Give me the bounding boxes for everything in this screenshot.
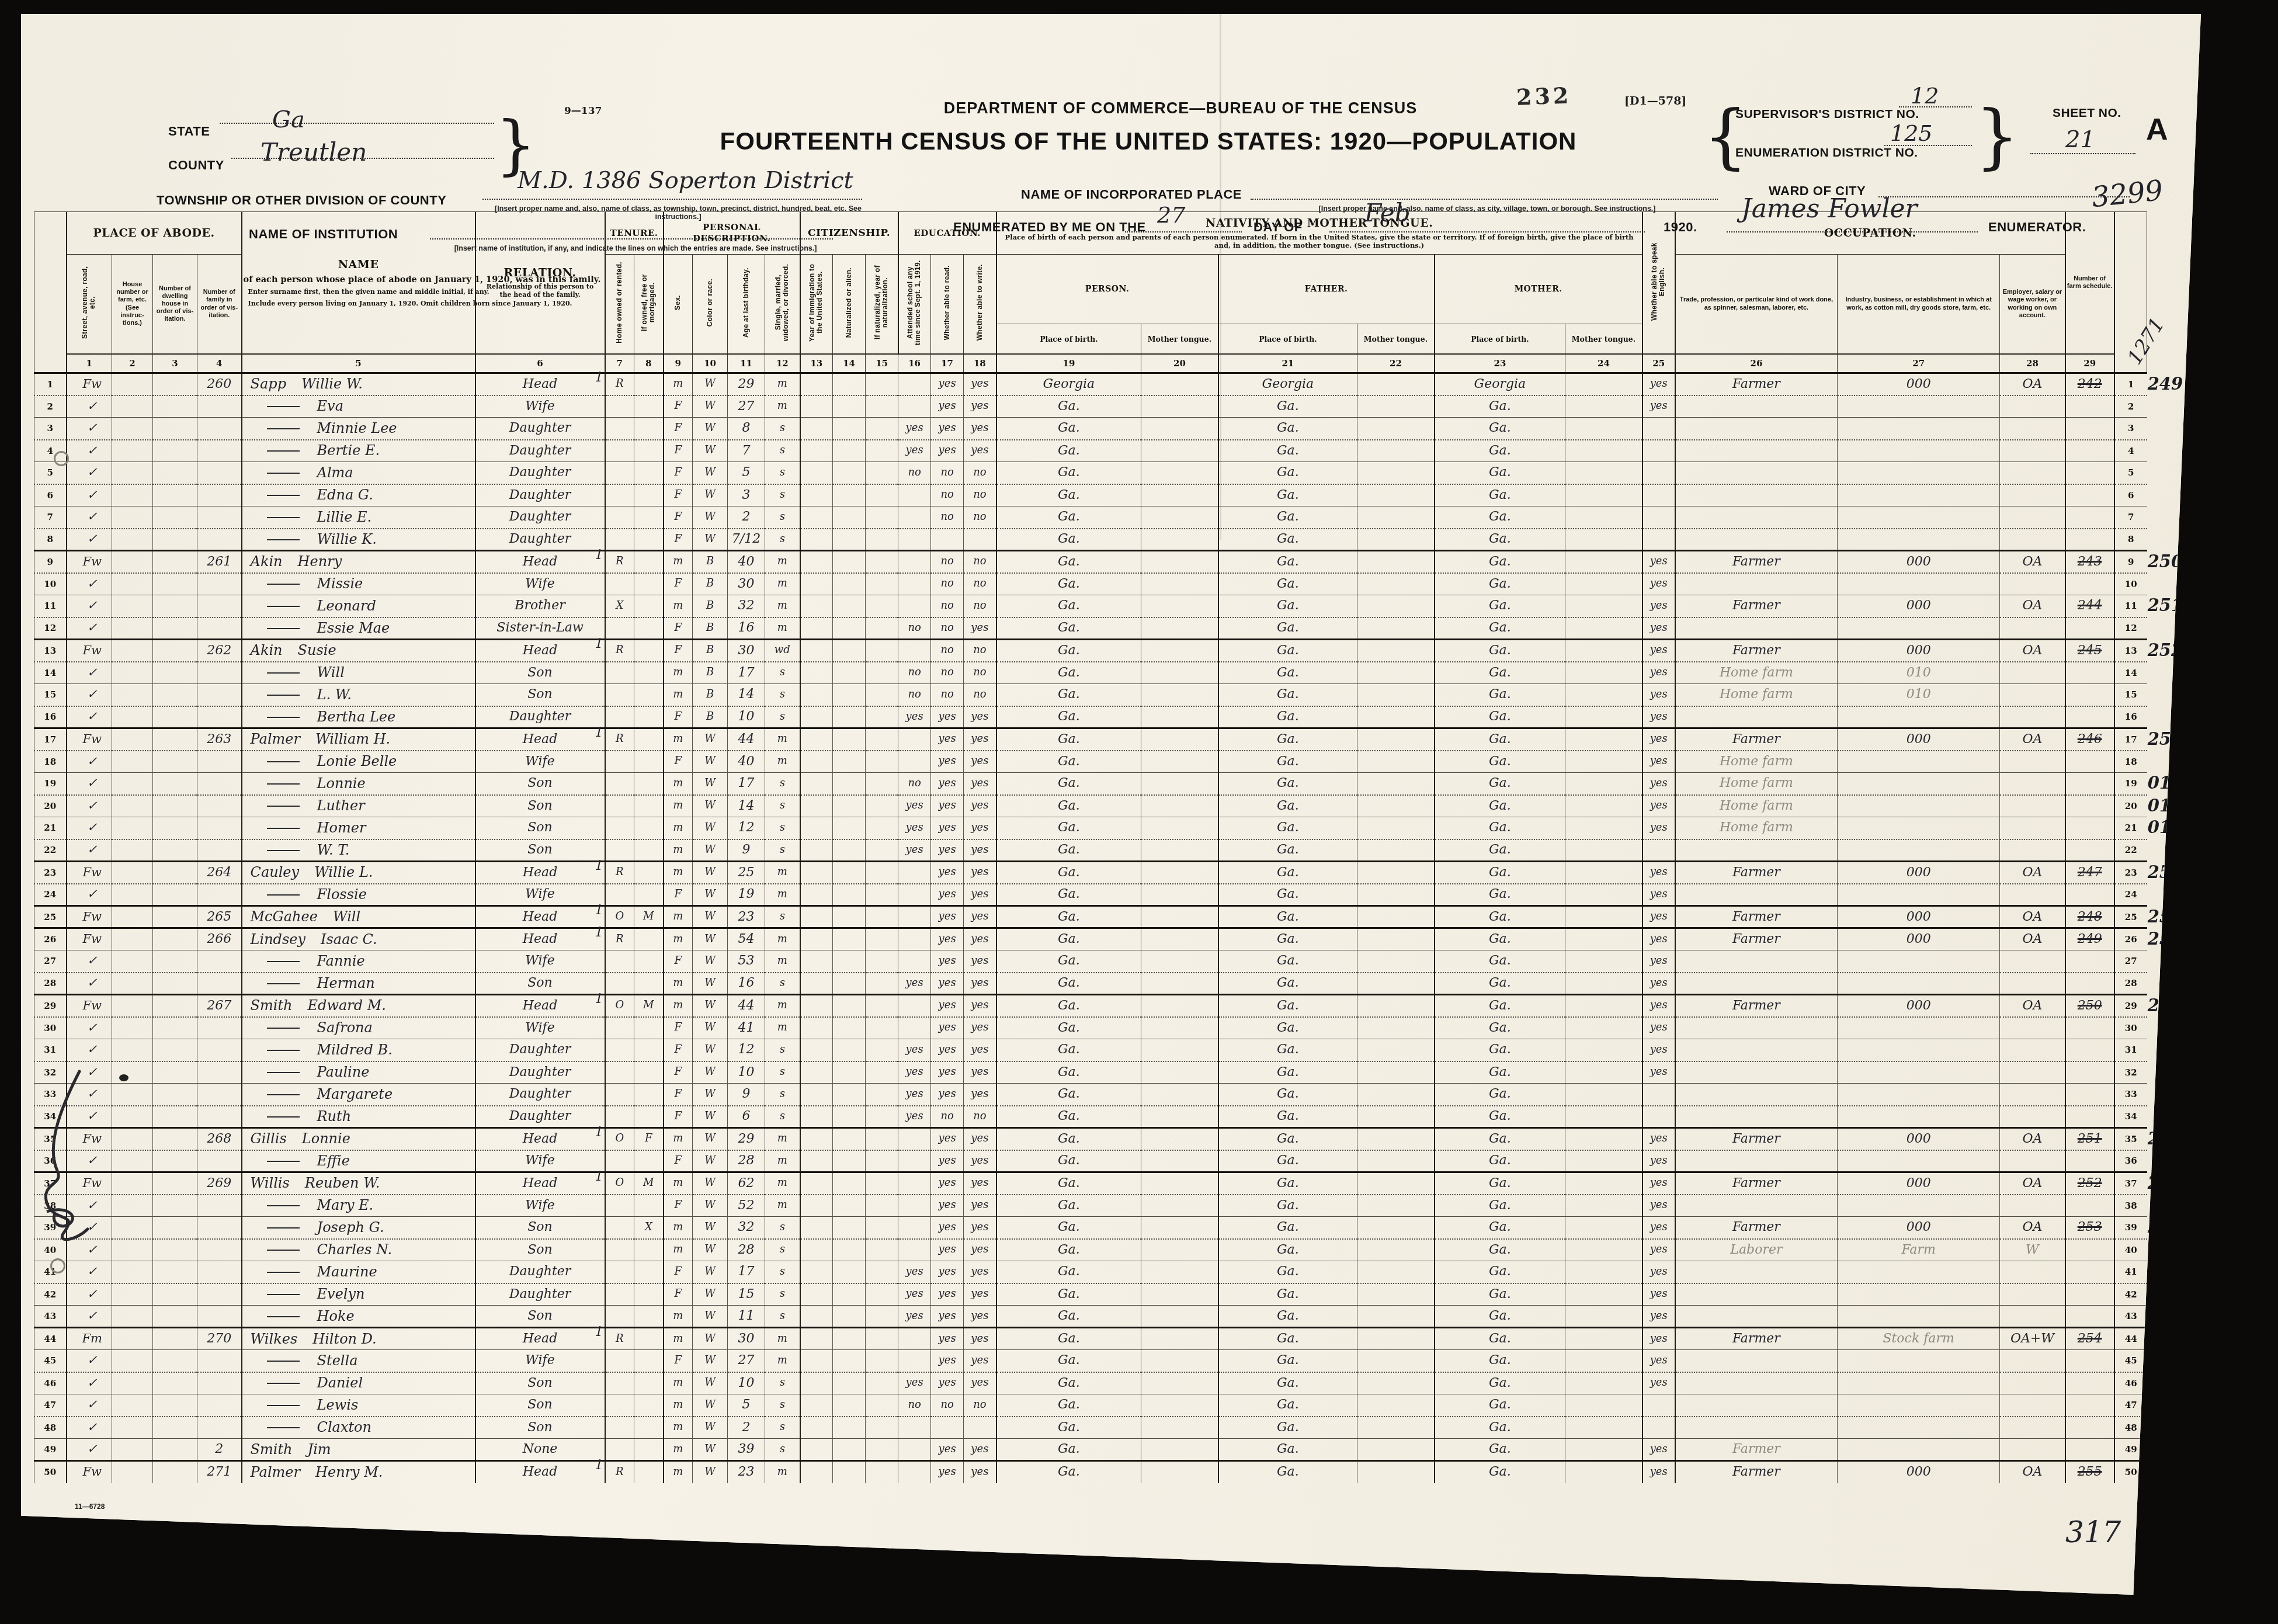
cell-c2: [112, 1195, 153, 1217]
ditto-mark: [267, 983, 300, 984]
relation-value: Son: [527, 687, 553, 702]
cell-f29: [2065, 529, 2114, 551]
cell-scol: [898, 640, 931, 662]
cell-occ: [1675, 418, 1838, 440]
cell-c7: [605, 395, 634, 418]
cell-eng: yes: [1642, 1328, 1675, 1350]
cell-pobm: Ga.: [1435, 795, 1565, 817]
cell-c3: [153, 1283, 197, 1306]
cell-emp: [2000, 884, 2065, 906]
cell-c2: [112, 817, 153, 839]
value-ind: 000: [1907, 732, 1931, 747]
cell-mar: s: [765, 973, 800, 995]
cell-c13: [800, 418, 833, 440]
cell-rd: yes: [931, 1350, 964, 1372]
value-scol: no: [908, 622, 921, 634]
cell-c7: [605, 1394, 634, 1417]
cell-c3: [153, 484, 197, 506]
header-naturalization-year: If naturalized, year of natural­ization.: [866, 255, 898, 355]
cell-name: Evelyn: [242, 1283, 475, 1306]
value-eng: yes: [1650, 933, 1668, 945]
cell-name: PalmerWilliam H.: [242, 728, 475, 751]
value-pob: Ga.: [1058, 1420, 1080, 1435]
cell-c13: [800, 395, 833, 418]
cell-emp: OA+W: [2000, 1328, 2065, 1350]
cell-c7: [605, 1283, 634, 1306]
column-number: 26: [1675, 354, 1838, 373]
value-eng: yes: [1650, 1199, 1668, 1211]
header-place-of-abode: PLACE OF ABODE.: [67, 212, 242, 255]
cell-age: 23: [728, 906, 765, 928]
sheet-letter: A: [2146, 112, 2168, 147]
farm-schedule-old: 255: [2078, 1465, 2102, 1479]
cell-c8: [634, 795, 664, 817]
cell-pobf: Ga.: [1218, 1350, 1357, 1372]
value-sex: F: [675, 1354, 682, 1366]
value-wr: yes: [971, 1066, 988, 1078]
cell-mar: s: [765, 1372, 800, 1394]
cell-race: W: [693, 1061, 728, 1084]
value-wr: yes: [971, 1021, 988, 1033]
cell-c8: [634, 1328, 664, 1350]
cell-pobf: Ga.: [1218, 1417, 1357, 1439]
cell-c7: R: [605, 640, 634, 662]
cell-c8: [634, 617, 664, 640]
cell-f29: [2065, 751, 2114, 773]
cell-name: Claxton: [242, 1417, 475, 1439]
cell-race: W: [693, 484, 728, 506]
cell-eng: yes: [1642, 1195, 1675, 1217]
value-pobm: Ga.: [1489, 488, 1511, 502]
line-number-left: 22: [34, 839, 67, 862]
cell-c2: [112, 950, 153, 973]
value-mar: s: [780, 422, 785, 434]
cell-c13: [800, 1128, 833, 1150]
line-number-right: 18: [2114, 751, 2147, 773]
value-race: W: [704, 400, 716, 412]
value-pobf: Ga.: [1277, 709, 1299, 724]
value-mar: m: [777, 1132, 787, 1144]
cell-race: W: [693, 1350, 728, 1372]
cell-c8: [634, 950, 664, 973]
farm-schedule-old: 252: [2078, 1176, 2102, 1191]
cell-c7: O: [605, 1128, 634, 1150]
cell-c15: [866, 1417, 898, 1439]
ditto-mark: [267, 450, 300, 452]
line-number-right: 32: [2114, 1061, 2147, 1084]
cell-emp: [2000, 1017, 2065, 1039]
value-mar: s: [780, 1066, 785, 1078]
cell-wr: yes: [964, 728, 996, 751]
column-number: 1: [67, 354, 112, 373]
cell-occ: [1675, 1084, 1838, 1106]
cell-age: 30: [728, 1328, 765, 1350]
value-eng: yes: [1650, 799, 1668, 811]
cell-mtf: [1357, 1128, 1435, 1150]
cell-occ: [1675, 1306, 1838, 1328]
cell-name: Lonnie: [242, 773, 475, 795]
value-rd: yes: [939, 710, 956, 723]
cell-name: Willie K.: [242, 529, 475, 551]
cell-race: W: [693, 1106, 728, 1128]
value-age: 28: [738, 1243, 755, 1257]
value-age: 6: [742, 1109, 751, 1123]
cell-pobf: Ga.: [1218, 640, 1357, 662]
cell-mtf: [1357, 928, 1435, 950]
value-age: 5: [742, 1397, 751, 1412]
value-mar: s: [780, 1110, 785, 1122]
value-eng: yes: [1650, 1132, 1668, 1144]
cell-c13: [800, 373, 833, 395]
cell-name: Alma: [242, 462, 475, 484]
cell-mt: [1141, 773, 1218, 795]
value-wr: yes: [971, 844, 988, 856]
cell-c1: ✓: [67, 529, 112, 551]
cell-pobf: Ga.: [1218, 1461, 1357, 1483]
value-age: 16: [738, 620, 755, 635]
value-age: 44: [738, 998, 755, 1013]
cell-pob: Ga.: [996, 617, 1141, 640]
relation-value: Sister-in-Law: [496, 620, 583, 635]
value-pobm: Ga.: [1489, 1331, 1511, 1346]
cell-c8: [634, 662, 664, 684]
cell-scol: [898, 1461, 931, 1483]
value-rd: no: [940, 688, 953, 700]
value-pobf: Ga.: [1277, 1176, 1299, 1191]
line-number-right: 442800: [2114, 1328, 2147, 1350]
column-number: 23: [1435, 354, 1565, 373]
value-rd: yes: [939, 844, 956, 856]
given-name: Edward M.: [308, 997, 386, 1014]
cell-race: W: [693, 1439, 728, 1461]
cell-c7: [605, 1017, 634, 1039]
cell-c4: [197, 506, 242, 529]
cell-mtf: [1357, 418, 1435, 440]
cell-mar: wd: [765, 640, 800, 662]
cell-occ: Home farm: [1675, 773, 1838, 795]
value-age: 7: [742, 443, 751, 458]
cell-c13: [800, 1039, 833, 1061]
value-pobm: Ga.: [1489, 1109, 1511, 1123]
cell-mt: [1141, 906, 1218, 928]
cell-pobm: Ga.: [1435, 462, 1565, 484]
cell-scol: yes: [898, 1106, 931, 1128]
value-emp: OA: [2022, 598, 2042, 613]
cell-age: 17: [728, 662, 765, 684]
column-number: 19: [996, 354, 1141, 373]
ditto-mark: [267, 761, 300, 762]
cell-f29: 243: [2065, 551, 2114, 573]
cell-name: Lonie Belle: [242, 751, 475, 773]
value-eng: yes: [1650, 999, 1668, 1011]
cell-age: 5: [728, 1394, 765, 1417]
line-number-left: 13: [34, 640, 67, 662]
value-race: W: [704, 511, 716, 523]
cell-mt: [1141, 1172, 1218, 1195]
cell-c3: [153, 1172, 197, 1195]
cell-name: Eva: [242, 395, 475, 418]
cell-c14: [833, 373, 866, 395]
value-sex: F: [675, 1043, 682, 1056]
header-father-pob: Place of birth.: [1218, 324, 1357, 355]
cell-age: 11: [728, 1306, 765, 1328]
value-race: W: [704, 1288, 716, 1300]
value-scol: yes: [906, 799, 923, 811]
cell-race: W: [693, 1306, 728, 1328]
cell-mar: s: [765, 906, 800, 928]
margin-farm-schedule-number: 249: [2148, 374, 2183, 394]
value-sex: m: [673, 1376, 683, 1389]
cell-c15: [866, 1306, 898, 1328]
cell-c15: [866, 662, 898, 684]
value-pobf: Ga.: [1277, 421, 1299, 435]
value-pob: Ga.: [1058, 709, 1080, 724]
relation-value: Son: [527, 1420, 553, 1435]
value-wr: yes: [971, 1443, 988, 1455]
value-mar: m: [777, 1466, 787, 1478]
value-ind: Farm: [1902, 1243, 1936, 1257]
cell-name: Mary E.: [242, 1195, 475, 1217]
cell-mt: [1141, 1217, 1218, 1239]
cell-mar: s: [765, 1239, 800, 1261]
cell-emp: [2000, 950, 2065, 973]
cell-c2: [112, 884, 153, 906]
cell-pobm: Ga.: [1435, 1084, 1565, 1106]
cell-f29: [2065, 662, 2114, 684]
cell-c2: [112, 551, 153, 573]
value-pobf: Ga.: [1277, 976, 1299, 990]
cell-mar: s: [765, 706, 800, 728]
cell-name: WillisReuben W.: [242, 1172, 475, 1195]
value-mar: m: [777, 733, 787, 745]
cell-mtf: [1357, 1328, 1435, 1350]
cell-mt: [1141, 1128, 1218, 1150]
relation-value: Son: [527, 1220, 553, 1234]
given-name: Will: [317, 664, 345, 681]
cell-c3: [153, 950, 197, 973]
cell-rd: yes: [931, 884, 964, 906]
value-age: 30: [738, 1331, 755, 1346]
cell-mtm: [1565, 462, 1642, 484]
cell-ind: [1838, 950, 2000, 973]
cell-mtf: [1357, 1084, 1435, 1106]
cell-pobm: Ga.: [1435, 573, 1565, 595]
value-race: W: [704, 1399, 716, 1411]
cell-mtm: [1565, 1417, 1642, 1439]
cell-pobm: Ga.: [1435, 1261, 1565, 1283]
relation-value: None: [523, 1442, 558, 1456]
cell-ind: [1838, 1017, 2000, 1039]
line-number-right: 45: [2114, 1350, 2147, 1372]
cell-scol: yes: [898, 1061, 931, 1084]
cell-c8: [634, 817, 664, 839]
value-occ: Home farm: [1720, 665, 1793, 680]
cell-c3: [153, 728, 197, 751]
cell-rel: Wife: [475, 1350, 605, 1372]
value-wr: yes: [971, 1376, 988, 1389]
cell-rel: Son: [475, 1417, 605, 1439]
value-pob: Ga.: [1058, 1331, 1080, 1346]
value-rd: yes: [939, 1265, 956, 1278]
cell-mar: m: [765, 595, 800, 617]
given-name: Willie K.: [317, 531, 377, 547]
cell-race: W: [693, 529, 728, 551]
cell-sex: F: [664, 484, 693, 506]
cell-pob: Georgia: [996, 373, 1141, 395]
cell-rel: Son: [475, 795, 605, 817]
cell-pob: Ga.: [996, 395, 1141, 418]
cell-mt: [1141, 839, 1218, 862]
cell-c3: [153, 1239, 197, 1261]
given-name: Hoke: [317, 1308, 355, 1324]
value-c1: ✓: [81, 1397, 98, 1411]
cell-c1: ✓: [67, 773, 112, 795]
value-wr: yes: [971, 977, 988, 989]
cell-name: McGaheeWill: [242, 906, 475, 928]
state-value: Ga: [272, 106, 305, 133]
cell-c4: [197, 1195, 242, 1217]
cell-c7: R: [605, 1328, 634, 1350]
column-number: 6: [475, 354, 605, 373]
cell-rel: Head1: [475, 728, 605, 751]
cell-pobf: Ga.: [1218, 1172, 1357, 1195]
relation-value: Head: [523, 910, 557, 924]
cell-rel: Head1: [475, 373, 605, 395]
cell-emp: [2000, 529, 2065, 551]
cell-c13: [800, 595, 833, 617]
farm-schedule-old: 243: [2078, 554, 2102, 569]
farm-schedule-old: 247: [2078, 865, 2102, 880]
value-pob: Ga.: [1058, 1021, 1080, 1035]
cell-c2: [112, 506, 153, 529]
cell-c7: [605, 573, 634, 595]
cell-rd: [931, 529, 964, 551]
line-number-right: 40012: [2114, 1239, 2147, 1261]
cell-c1: Fw: [67, 373, 112, 395]
cell-c3: [153, 706, 197, 728]
cell-sex: F: [664, 1283, 693, 1306]
cell-mtm: [1565, 728, 1642, 751]
cell-emp: [2000, 1372, 2065, 1394]
value-pobm: Ga.: [1489, 842, 1511, 857]
cell-wr: yes: [964, 884, 996, 906]
cell-rd: yes: [931, 1172, 964, 1195]
cell-mtf: [1357, 1350, 1435, 1372]
value-age: 10: [738, 709, 755, 724]
cell-c2: [112, 573, 153, 595]
cell-c14: [833, 751, 866, 773]
cell-race: W: [693, 928, 728, 950]
value-pob: Ga.: [1058, 932, 1080, 946]
cell-mtm: [1565, 1172, 1642, 1195]
value-race: W: [704, 888, 716, 900]
cell-occ: Farmer: [1675, 1328, 1838, 1350]
farm-schedule-old: 242: [2078, 377, 2102, 391]
cell-c13: [800, 1283, 833, 1306]
column-number: 16: [898, 354, 931, 373]
cell-c4: [197, 440, 242, 462]
ditto-mark: [267, 1316, 300, 1317]
line-number-right: 23254.: [2114, 862, 2147, 884]
cell-mtm: [1565, 506, 1642, 529]
ditto-mark: [267, 961, 300, 962]
cell-pob: Ga.: [996, 928, 1141, 950]
cell-pobf: Ga.: [1218, 484, 1357, 506]
cell-scol: yes: [898, 440, 931, 462]
value-scol: no: [908, 688, 921, 700]
ditto-mark: [267, 495, 300, 496]
cell-mtf: [1357, 773, 1435, 795]
cell-f29: [2065, 1039, 2114, 1061]
header-father: FATHER.: [1218, 255, 1435, 324]
value-c1: ✓: [81, 953, 98, 967]
cell-c14: [833, 573, 866, 595]
cell-mtm: [1565, 573, 1642, 595]
cell-rd: no: [931, 640, 964, 662]
value-eng: yes: [1650, 1288, 1668, 1300]
value-c7: O: [615, 1177, 624, 1189]
cell-c14: [833, 1017, 866, 1039]
cell-scol: [898, 1128, 931, 1150]
cell-c13: [800, 973, 833, 995]
table-row: 3✓Minnie LeeDaughterFW8syesyesyesGa.Ga.G…: [34, 418, 2147, 440]
value-rd: yes: [939, 1354, 956, 1366]
cell-rel: Daughter: [475, 706, 605, 728]
cell-pob: Ga.: [996, 484, 1141, 506]
cell-mt: [1141, 551, 1218, 573]
tally-mark: 1: [595, 726, 603, 740]
cell-sex: m: [664, 1172, 693, 1195]
cell-mtf: [1357, 1217, 1435, 1239]
value-c8: M: [643, 1177, 654, 1189]
cell-age: 7: [728, 440, 765, 462]
cell-rel: Son: [475, 684, 605, 706]
cell-c14: [833, 684, 866, 706]
value-race: B: [706, 622, 714, 634]
cell-sex: F: [664, 1106, 693, 1128]
cell-eng: yes: [1642, 1150, 1675, 1172]
value-mar: m: [777, 555, 787, 567]
cell-pobf: Ga.: [1218, 928, 1357, 950]
cell-race: W: [693, 1195, 728, 1217]
value-race: B: [706, 666, 714, 678]
cell-c4: 267: [197, 995, 242, 1017]
cell-f29: 248: [2065, 906, 2114, 928]
enumerated-month: Feb: [1364, 199, 1411, 227]
value-eng: yes: [1650, 622, 1668, 634]
cell-pobf: Ga.: [1218, 684, 1357, 706]
line-number-left: 12: [34, 617, 67, 640]
value-pob: Ga.: [1058, 598, 1080, 613]
given-name: Will: [333, 908, 360, 925]
cell-occ: Home farm: [1675, 684, 1838, 706]
cell-emp: [2000, 684, 2065, 706]
value-pob: Ga.: [1058, 643, 1080, 658]
value-pob: Ga.: [1058, 1042, 1080, 1057]
cell-eng: yes: [1642, 640, 1675, 662]
value-sex: m: [673, 688, 683, 700]
cell-c4: 265: [197, 906, 242, 928]
value-rd: yes: [939, 1177, 956, 1189]
value-ind: 000: [1907, 910, 1931, 924]
value-wr: yes: [971, 1199, 988, 1211]
table-row: 9Fw261AkinHenryHead1RmB40mnonoGa.Ga.Ga.y…: [34, 551, 2147, 573]
cell-c7: [605, 1039, 634, 1061]
cell-c3: [153, 1039, 197, 1061]
cell-mar: s: [765, 1039, 800, 1061]
value-pobf: Ga.: [1277, 577, 1299, 591]
cell-pob: Ga.: [996, 640, 1141, 662]
